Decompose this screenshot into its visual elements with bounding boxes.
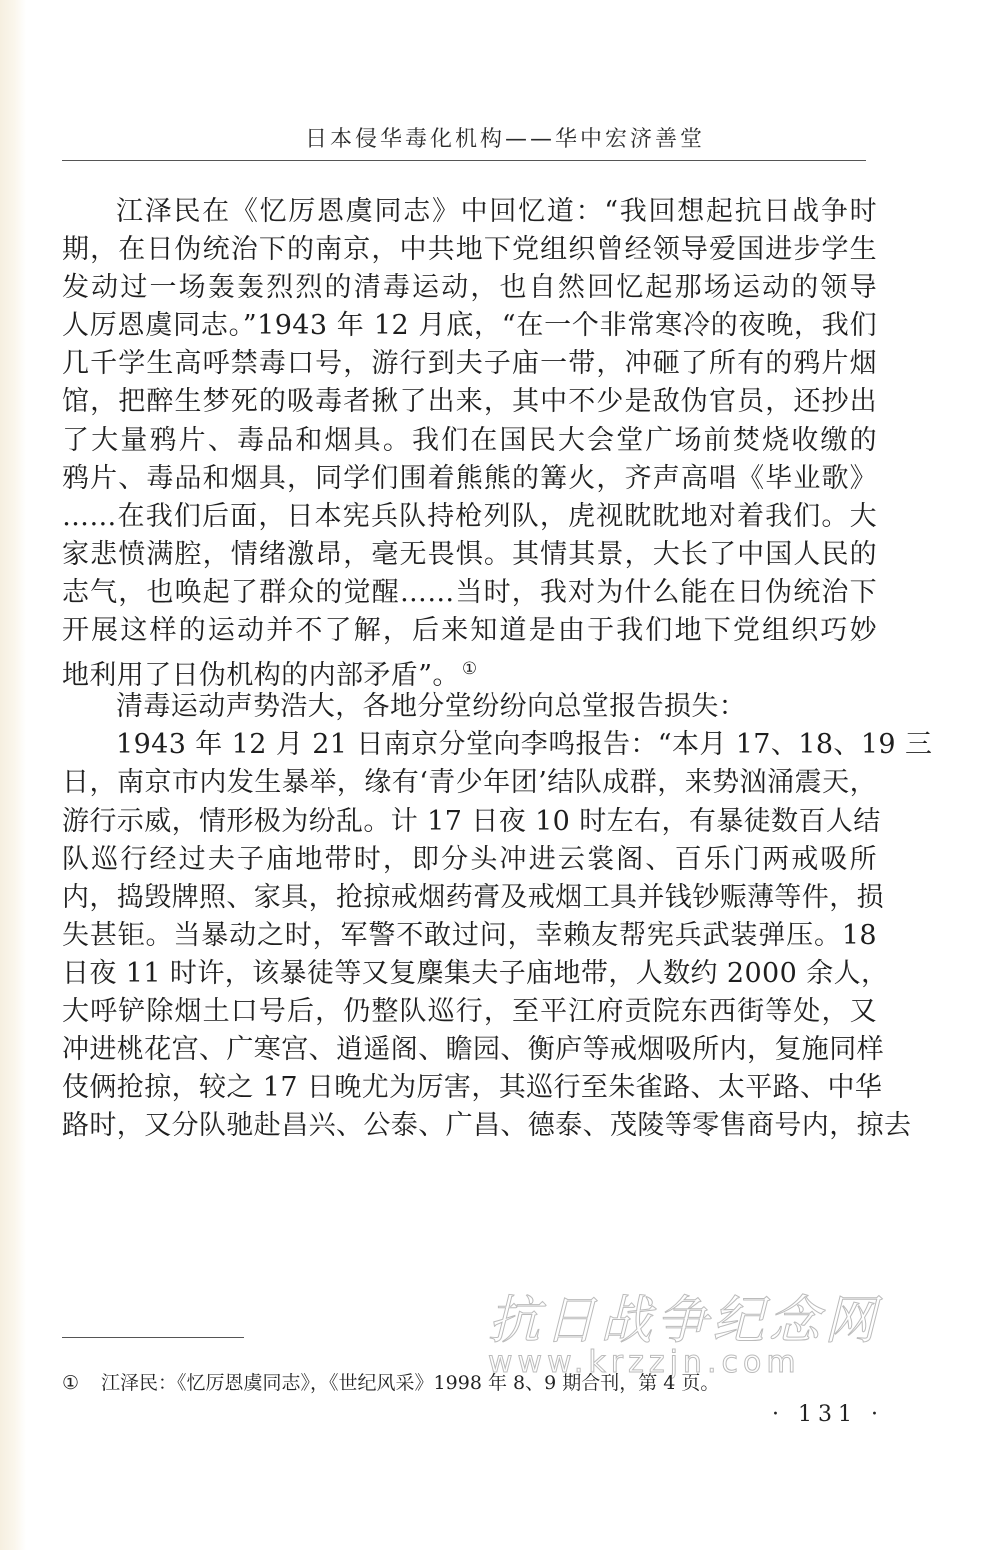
paragraph-line: 伎俩抢掠，较之 17 日晚尤为厉害，其巡行至朱雀路、太平路、中华 [62, 1069, 877, 1107]
paragraph-line: 江泽民在《忆厉恩虞同志》中回忆道：“我回想起抗日战争时 [62, 193, 877, 231]
watermark-chinese: 抗日战争纪念网 [488, 1278, 888, 1353]
footnote-text: 江泽民：《忆厉恩虞同志》，《世纪风采》1998 年 8、9 期合刊，第 4 页。 [101, 1372, 719, 1394]
paragraph-line: 志气，也唤起了群众的觉醒……当时，我对为什么能在日伪统治下 [62, 574, 877, 612]
watermark: 抗日战争纪念网 www.krzzjn.com [488, 1278, 888, 1380]
paragraph-line: 日，南京市内发生暴举，缘有‘青少年团’结队成群，来势汹涌震天， [62, 764, 877, 802]
footnote: ①江泽民：《忆厉恩虞同志》，《世纪风采》1998 年 8、9 期合刊，第 4 页… [62, 1368, 719, 1395]
footnote-number: ① [62, 1372, 79, 1394]
paragraph-line: 几千学生高呼禁毒口号，游行到夫子庙一带，冲砸了所有的鸦片烟 [62, 345, 877, 383]
paragraph-line-text: 地利用了日伪机构的内部矛盾”。 [62, 660, 460, 691]
paragraph-line: 发动过一场轰轰烈烈的清毒运动，也自然回忆起那场运动的领导 [62, 269, 877, 307]
paragraph-line: 开展这样的运动并不了解，后来知道是由于我们地下党组织巧妙 [62, 612, 877, 650]
footnote-rule [62, 1337, 244, 1338]
body-text: 江泽民在《忆厉恩虞同志》中回忆道：“我回想起抗日战争时 期，在日伪统治下的南京，… [62, 193, 877, 1145]
paragraph-line: 期，在日伪统治下的南京，中共地下党组织曾经领导爱国进步学生 [62, 231, 877, 269]
running-head: 日本侵华毒化机构——华中宏济善堂 [0, 122, 1000, 153]
footnote-reference[interactable]: ① [462, 659, 478, 679]
paragraph-line: 清毒运动声势浩大，各地分堂纷纷向总堂报告损失： [62, 688, 877, 726]
paragraph-line: 馆，把醉生梦死的吸毒者揪了出来，其中不少是敌伪官员，还抄出 [62, 383, 877, 421]
page-number: · 131 · [772, 1402, 884, 1427]
paragraph-line: 队巡行经过夫子庙地带时，即分头冲进云裳阁、百乐门两戒吸所 [62, 841, 877, 879]
paragraph-line: 了大量鸦片、毒品和烟具。我们在国民大会堂广场前焚烧收缴的 [62, 422, 877, 460]
paragraph-line: 失甚钜。当暴动之时，军警不敢过问，幸赖友帮宪兵武装弹压。18 [62, 917, 877, 955]
paragraph-line: 冲进桃花宫、广寒宫、逍遥阁、瞻园、衡庐等戒烟吸所内，复施同样 [62, 1031, 877, 1069]
paragraph-line: 人厉恩虞同志。”1943 年 12 月底，“在一个非常寒冷的夜晚，我们 [62, 307, 877, 345]
header-rule [62, 160, 866, 161]
paragraph-line: 游行示威，情形极为纷乱。计 17 日夜 10 时左右，有暴徒数百人结 [62, 803, 877, 841]
paragraph-line: 大呼铲除烟土口号后，仍整队巡行，至平江府贡院东西街等处，又 [62, 993, 877, 1031]
paragraph-line: 内，捣毁牌照、家具，抢掠戒烟药膏及戒烟工具并钱钞赈薄等件，损 [62, 879, 877, 917]
paragraph-line-last: 地利用了日伪机构的内部矛盾”。① [62, 650, 877, 688]
paragraph-line: 1943 年 12 月 21 日南京分堂向李鸣报告：“本月 17、18、19 三 [62, 726, 877, 764]
paragraph-line: 鸦片、毒品和烟具，同学们围着熊熊的篝火，齐声高唱《毕业歌》 [62, 460, 877, 498]
paragraph-line: 日夜 11 时许，该暴徒等又复麇集夫子庙地带，人数约 2000 余人， [62, 955, 877, 993]
page-margin-shadow [0, 0, 26, 1550]
paragraph-line: ……在我们后面，日本宪兵队持枪列队，虎视眈眈地对着我们。大 [62, 498, 877, 536]
paragraph-line: 路时，又分队驰赴昌兴、公泰、广昌、德泰、茂陵等零售商号内，掠去 [62, 1107, 877, 1145]
paragraph-line: 家悲愤满腔，情绪激昂，毫无畏惧。其情其景，大长了中国人民的 [62, 536, 877, 574]
